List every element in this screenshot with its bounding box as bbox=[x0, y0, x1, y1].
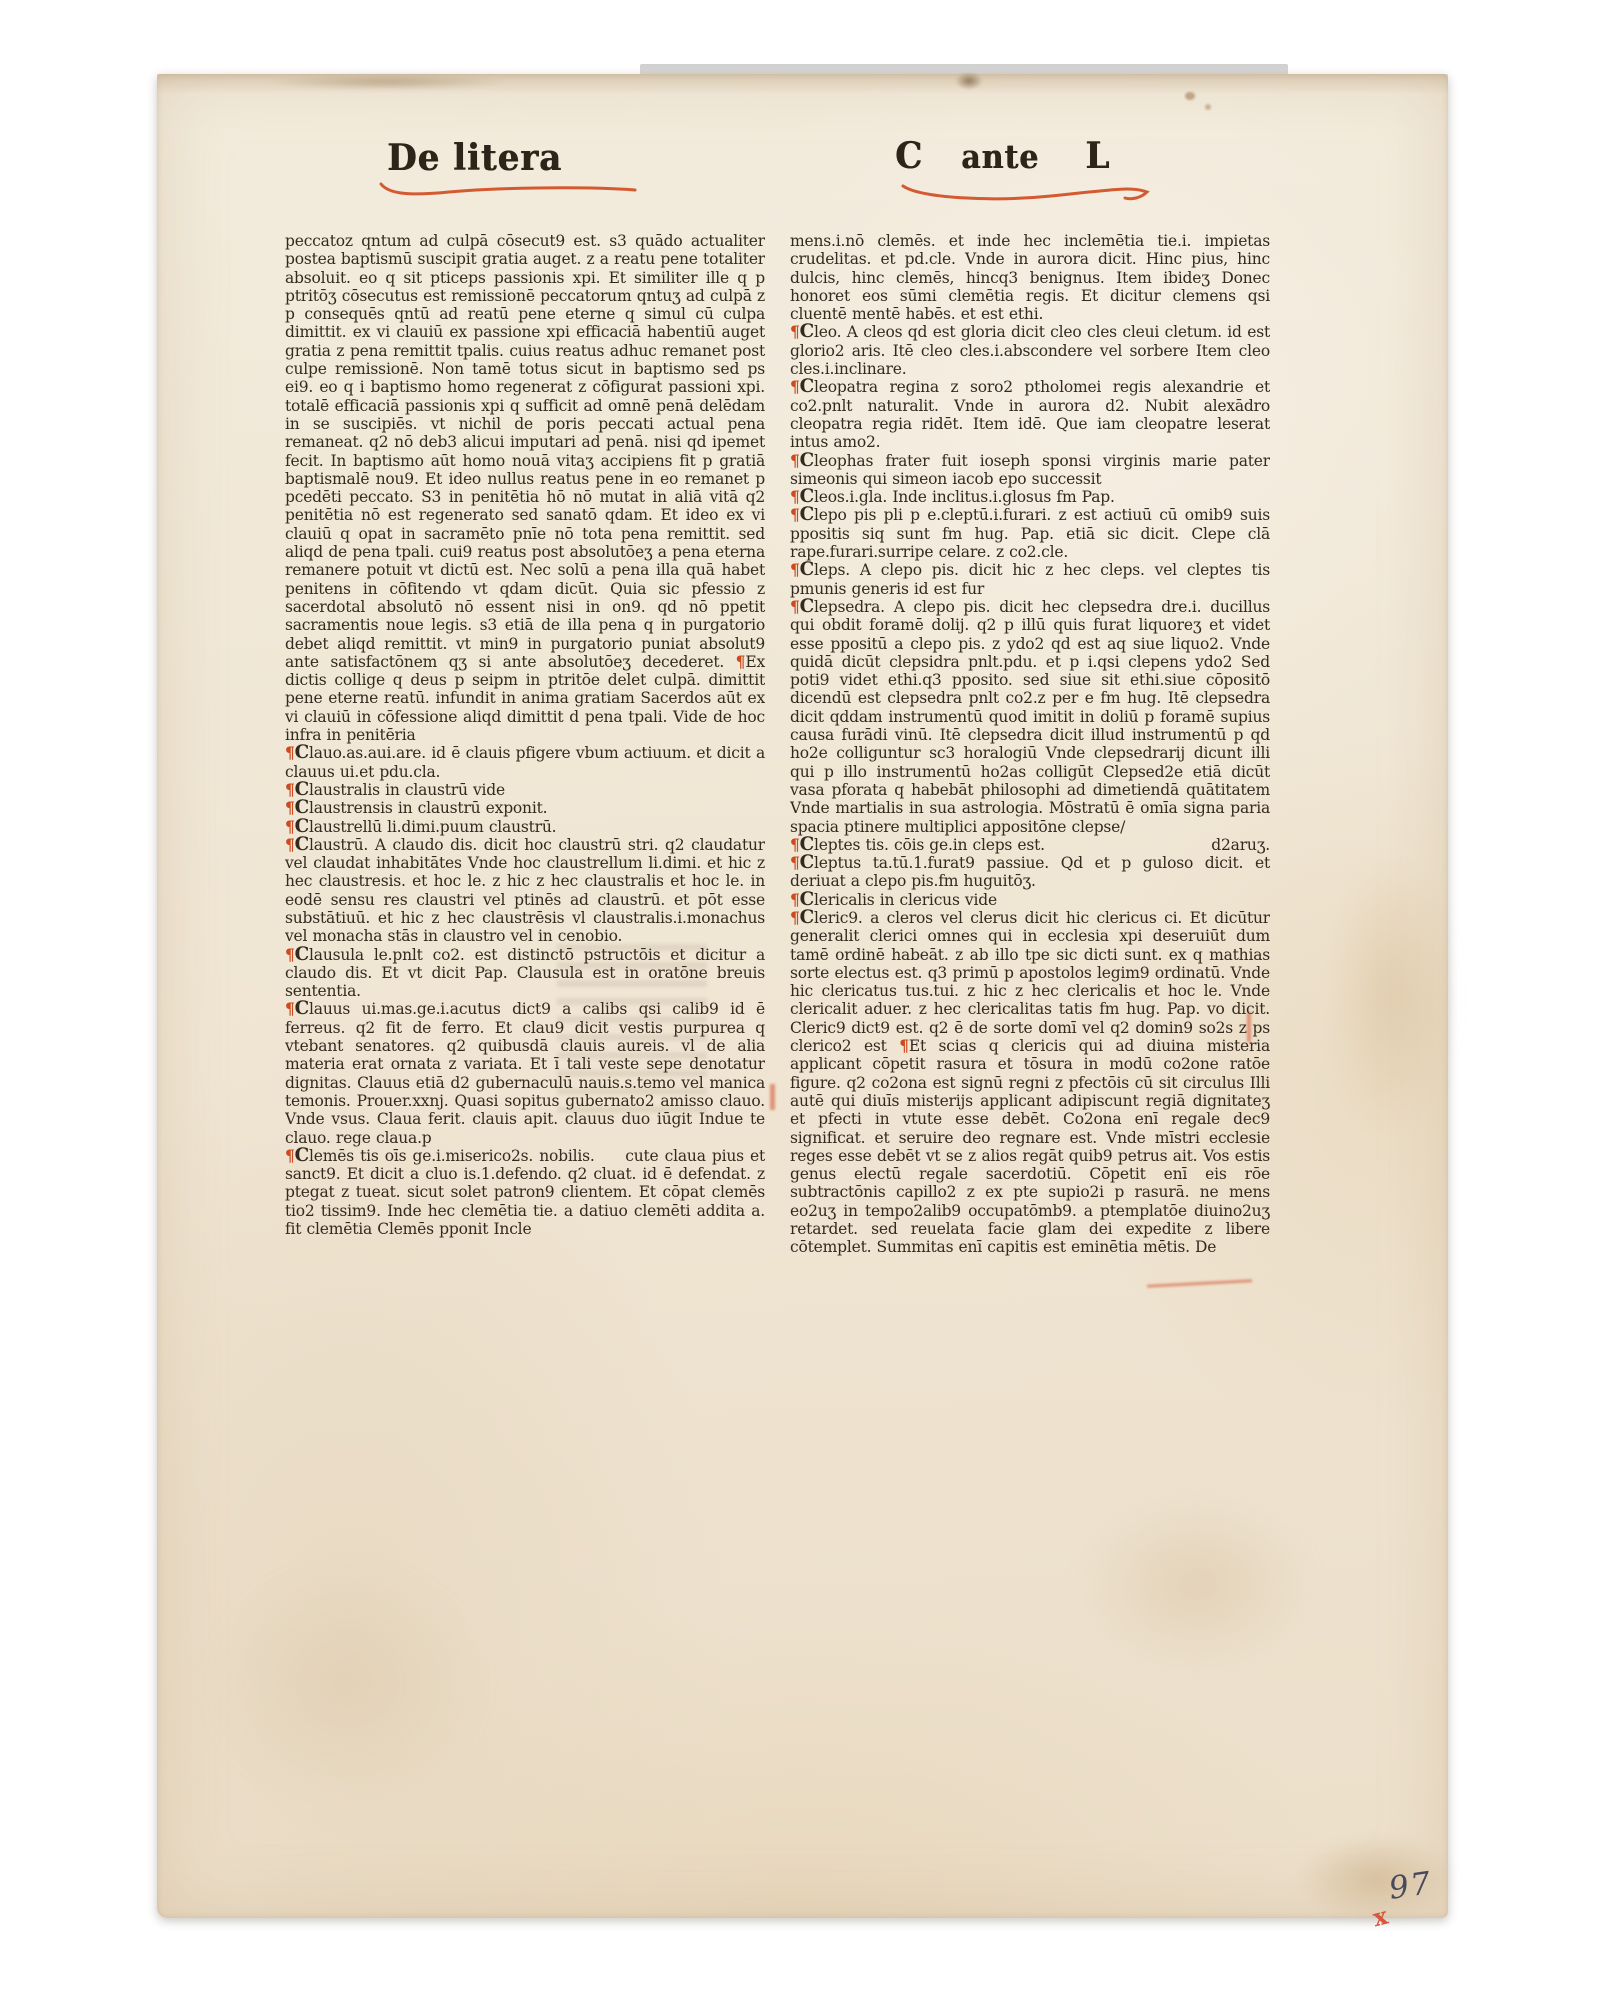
dictionary-entry: ¶Clepo pis pli p e.cleptū.i.furari. z es… bbox=[790, 506, 1270, 561]
running-title-right: CanteL bbox=[895, 134, 1110, 177]
dictionary-entry: ¶Clemēs tis oīs ge.i.miserico2s. nobilis… bbox=[285, 1147, 765, 1238]
bottom-left-stain bbox=[207, 1564, 487, 1804]
running-title-right-c: C bbox=[895, 134, 923, 177]
top-edge-soiling bbox=[157, 74, 1448, 94]
dictionary-entry: ¶Clauo.as.aui.are. id ē clauis pfigere v… bbox=[285, 744, 765, 781]
dictionary-entry: ¶Cleptus ta.tū.1.furat9 passiue. Qd et p… bbox=[790, 854, 1270, 891]
red-ink-offset bbox=[770, 1084, 775, 1110]
dictionary-entry: ¶Cleos.i.gla. Inde inclitus.i.glosus fm … bbox=[790, 488, 1270, 506]
top-edge-spot bbox=[955, 72, 983, 90]
right-margin-stain bbox=[1327, 854, 1457, 1134]
column-left: peccatoz qntum ad culpā cōsecut9 est. s3… bbox=[285, 232, 765, 1588]
dictionary-entry: ¶Cleo. A cleos qd est gloria dicit cleo … bbox=[790, 323, 1270, 378]
incunabulum-leaf: De litera CanteL peccatoz qntum ad culpā… bbox=[157, 74, 1448, 1918]
dictionary-entry: ¶Cleopatra regina z soro2 ptholomei regi… bbox=[790, 378, 1270, 451]
top-edge-smudge bbox=[267, 74, 507, 90]
foxing-spot bbox=[1205, 104, 1211, 110]
collation-x-mark: x bbox=[1370, 1901, 1391, 1933]
red-underline-left bbox=[379, 178, 639, 200]
dictionary-entry: ¶Cleophas frater fuit ioseph sponsi virg… bbox=[790, 452, 1270, 489]
running-title-right-ante: ante bbox=[961, 139, 1039, 177]
dictionary-entry: ¶Cd2aruʒ.leptes tis. cōis ge.in cleps es… bbox=[790, 836, 1270, 854]
dictionary-entry: ¶Claustrensis in claustrū exponit. bbox=[285, 799, 765, 817]
running-title-left: De litera bbox=[387, 136, 562, 179]
dictionary-entry: ¶Cleric9. a cleros vel clerus dicit hic … bbox=[790, 909, 1270, 1257]
dictionary-entry: ¶Claustrū. A claudo dis. dicit hoc claus… bbox=[285, 836, 765, 946]
dictionary-entry: ¶Clepsedra. A clepo pis. dicit hec cleps… bbox=[790, 598, 1270, 836]
dictionary-entry: ¶Cleps. A clepo pis. dicit hic z hec cle… bbox=[790, 561, 1270, 598]
dictionary-entry: ¶Clericalis in clericus vide bbox=[790, 891, 1270, 909]
text-paragraph: peccatoz qntum ad culpā cōsecut9 est. s3… bbox=[285, 232, 765, 744]
dictionary-entry: ¶Clausula le.pnlt co2. est distinctō pst… bbox=[285, 946, 765, 1001]
running-title-right-l: L bbox=[1085, 134, 1110, 177]
running-title-left-text: De litera bbox=[387, 136, 562, 179]
dictionary-entry: ¶Clauus ui.mas.ge.i.acutus dict9 a calib… bbox=[285, 1000, 765, 1146]
dictionary-entry: ¶Claustrellū li.dimi.puum claustrū. bbox=[285, 818, 765, 836]
column-right: mens.i.nō clemēs. et inde hec inclemētia… bbox=[790, 232, 1270, 1588]
text-paragraph: mens.i.nō clemēs. et inde hec inclemētia… bbox=[790, 232, 1270, 323]
dictionary-entry: ¶Claustralis in claustrū vide bbox=[285, 781, 765, 799]
red-underline-right bbox=[901, 178, 1151, 208]
foxing-spot bbox=[1185, 92, 1195, 100]
folio-number: 97 bbox=[1387, 1865, 1435, 1907]
